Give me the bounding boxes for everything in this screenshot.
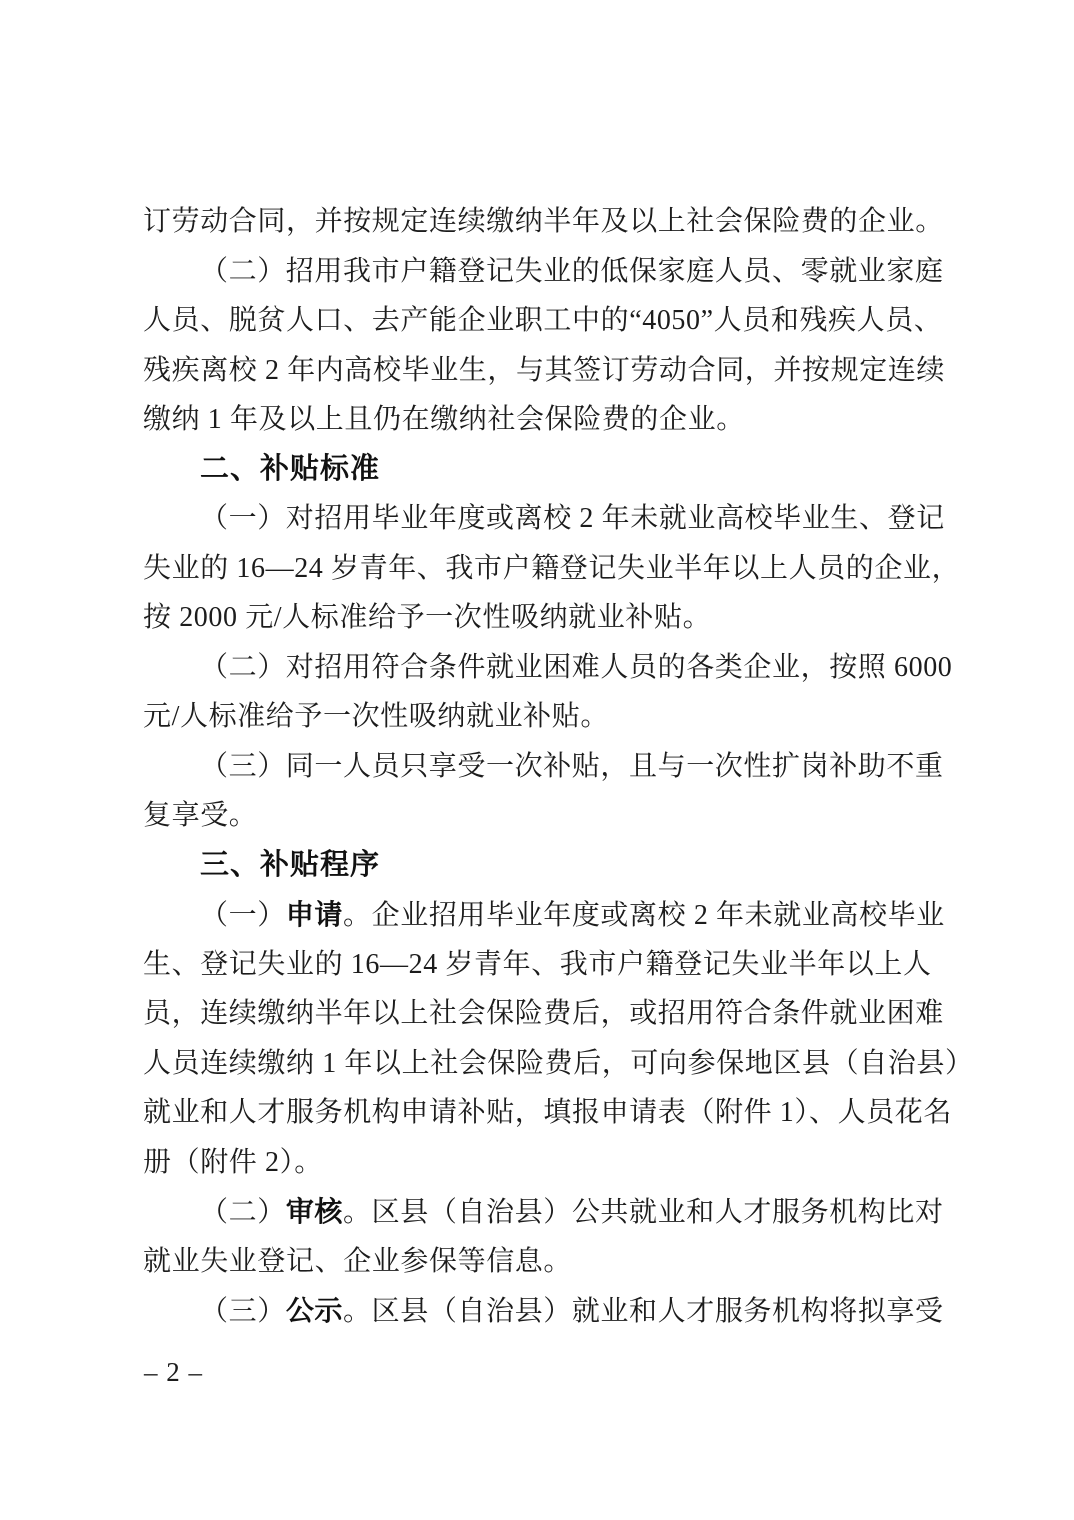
text-line: （二）对招用符合条件就业困难人员的各类企业，按照 6000 (143, 643, 943, 693)
section-heading-subsidy-procedure: 三、补贴程序 (143, 841, 943, 891)
text-line: 按 2000 元/人标准给予一次性吸纳就业补贴。 (143, 593, 943, 643)
text-line: 订劳动合同，并按规定连续缴纳半年及以上社会保险费的企业。 (143, 197, 943, 247)
text-line: 员，连续缴纳半年以上社会保险费后，或招用符合条件就业困难 (143, 989, 943, 1039)
bold-term-review: 审核 (286, 1196, 343, 1227)
text-line: 就业失业登记、企业参保等信息。 (143, 1237, 943, 1287)
text-line: 人员、脱贫人口、去产能企业职工中的“4050”人员和残疾人员、 (143, 296, 943, 346)
text-line: 人员连续缴纳 1 年以上社会保险费后，可向参保地区县（自治县） (143, 1039, 943, 1089)
text-line: （二）审核。区县（自治县）公共就业和人才服务机构比对 (143, 1187, 943, 1237)
bold-term-apply: 申请 (286, 899, 343, 930)
list-marker: （二） (200, 1197, 286, 1228)
text-line: （一）对招用毕业年度或离校 2 年未就业高校毕业生、登记 (143, 494, 943, 544)
text-line: 失业的 16—24 岁青年、我市户籍登记失业半年以上人员的企业， (143, 544, 943, 594)
line-text: 。区县（自治县）就业和人才服务机构将拟享受 (343, 1296, 944, 1327)
text-line: 元/人标准给予一次性吸纳就业补贴。 (143, 692, 943, 742)
line-text: 。区县（自治县）公共就业和人才服务机构比对 (343, 1197, 944, 1228)
text-line: （一）申请。企业招用毕业年度或离校 2 年未就业高校毕业 (143, 890, 943, 940)
document-body: 订劳动合同，并按规定连续缴纳半年及以上社会保险费的企业。 （二）招用我市户籍登记… (143, 197, 943, 1336)
text-line: 复享受。 (143, 791, 943, 841)
list-marker: （一） (200, 900, 286, 931)
bold-term-publicize: 公示 (286, 1295, 343, 1326)
text-line: （二）招用我市户籍登记失业的低保家庭人员、零就业家庭 (143, 247, 943, 297)
document-page: 订劳动合同，并按规定连续缴纳半年及以上社会保险费的企业。 （二）招用我市户籍登记… (0, 0, 1074, 1520)
list-marker: （三） (200, 1296, 286, 1327)
text-line: 册（附件 2）。 (143, 1138, 943, 1188)
text-line: 就业和人才服务机构申请补贴，填报申请表（附件 1）、人员花名 (143, 1088, 943, 1138)
page-number: – 2 – (144, 1352, 203, 1392)
text-line: 缴纳 1 年及以上且仍在缴纳社会保险费的企业。 (143, 395, 943, 445)
section-heading-subsidy-standard: 二、补贴标准 (143, 445, 943, 495)
text-line: （三）同一人员只享受一次补贴，且与一次性扩岗补助不重 (143, 742, 943, 792)
line-text: 。企业招用毕业年度或离校 2 年未就业高校毕业 (343, 900, 945, 931)
text-line: （三）公示。区县（自治县）就业和人才服务机构将拟享受 (143, 1286, 943, 1336)
text-line: 生、登记失业的 16—24 岁青年、我市户籍登记失业半年以上人 (143, 940, 943, 990)
text-line: 残疾离校 2 年内高校毕业生，与其签订劳动合同，并按规定连续 (143, 346, 943, 396)
